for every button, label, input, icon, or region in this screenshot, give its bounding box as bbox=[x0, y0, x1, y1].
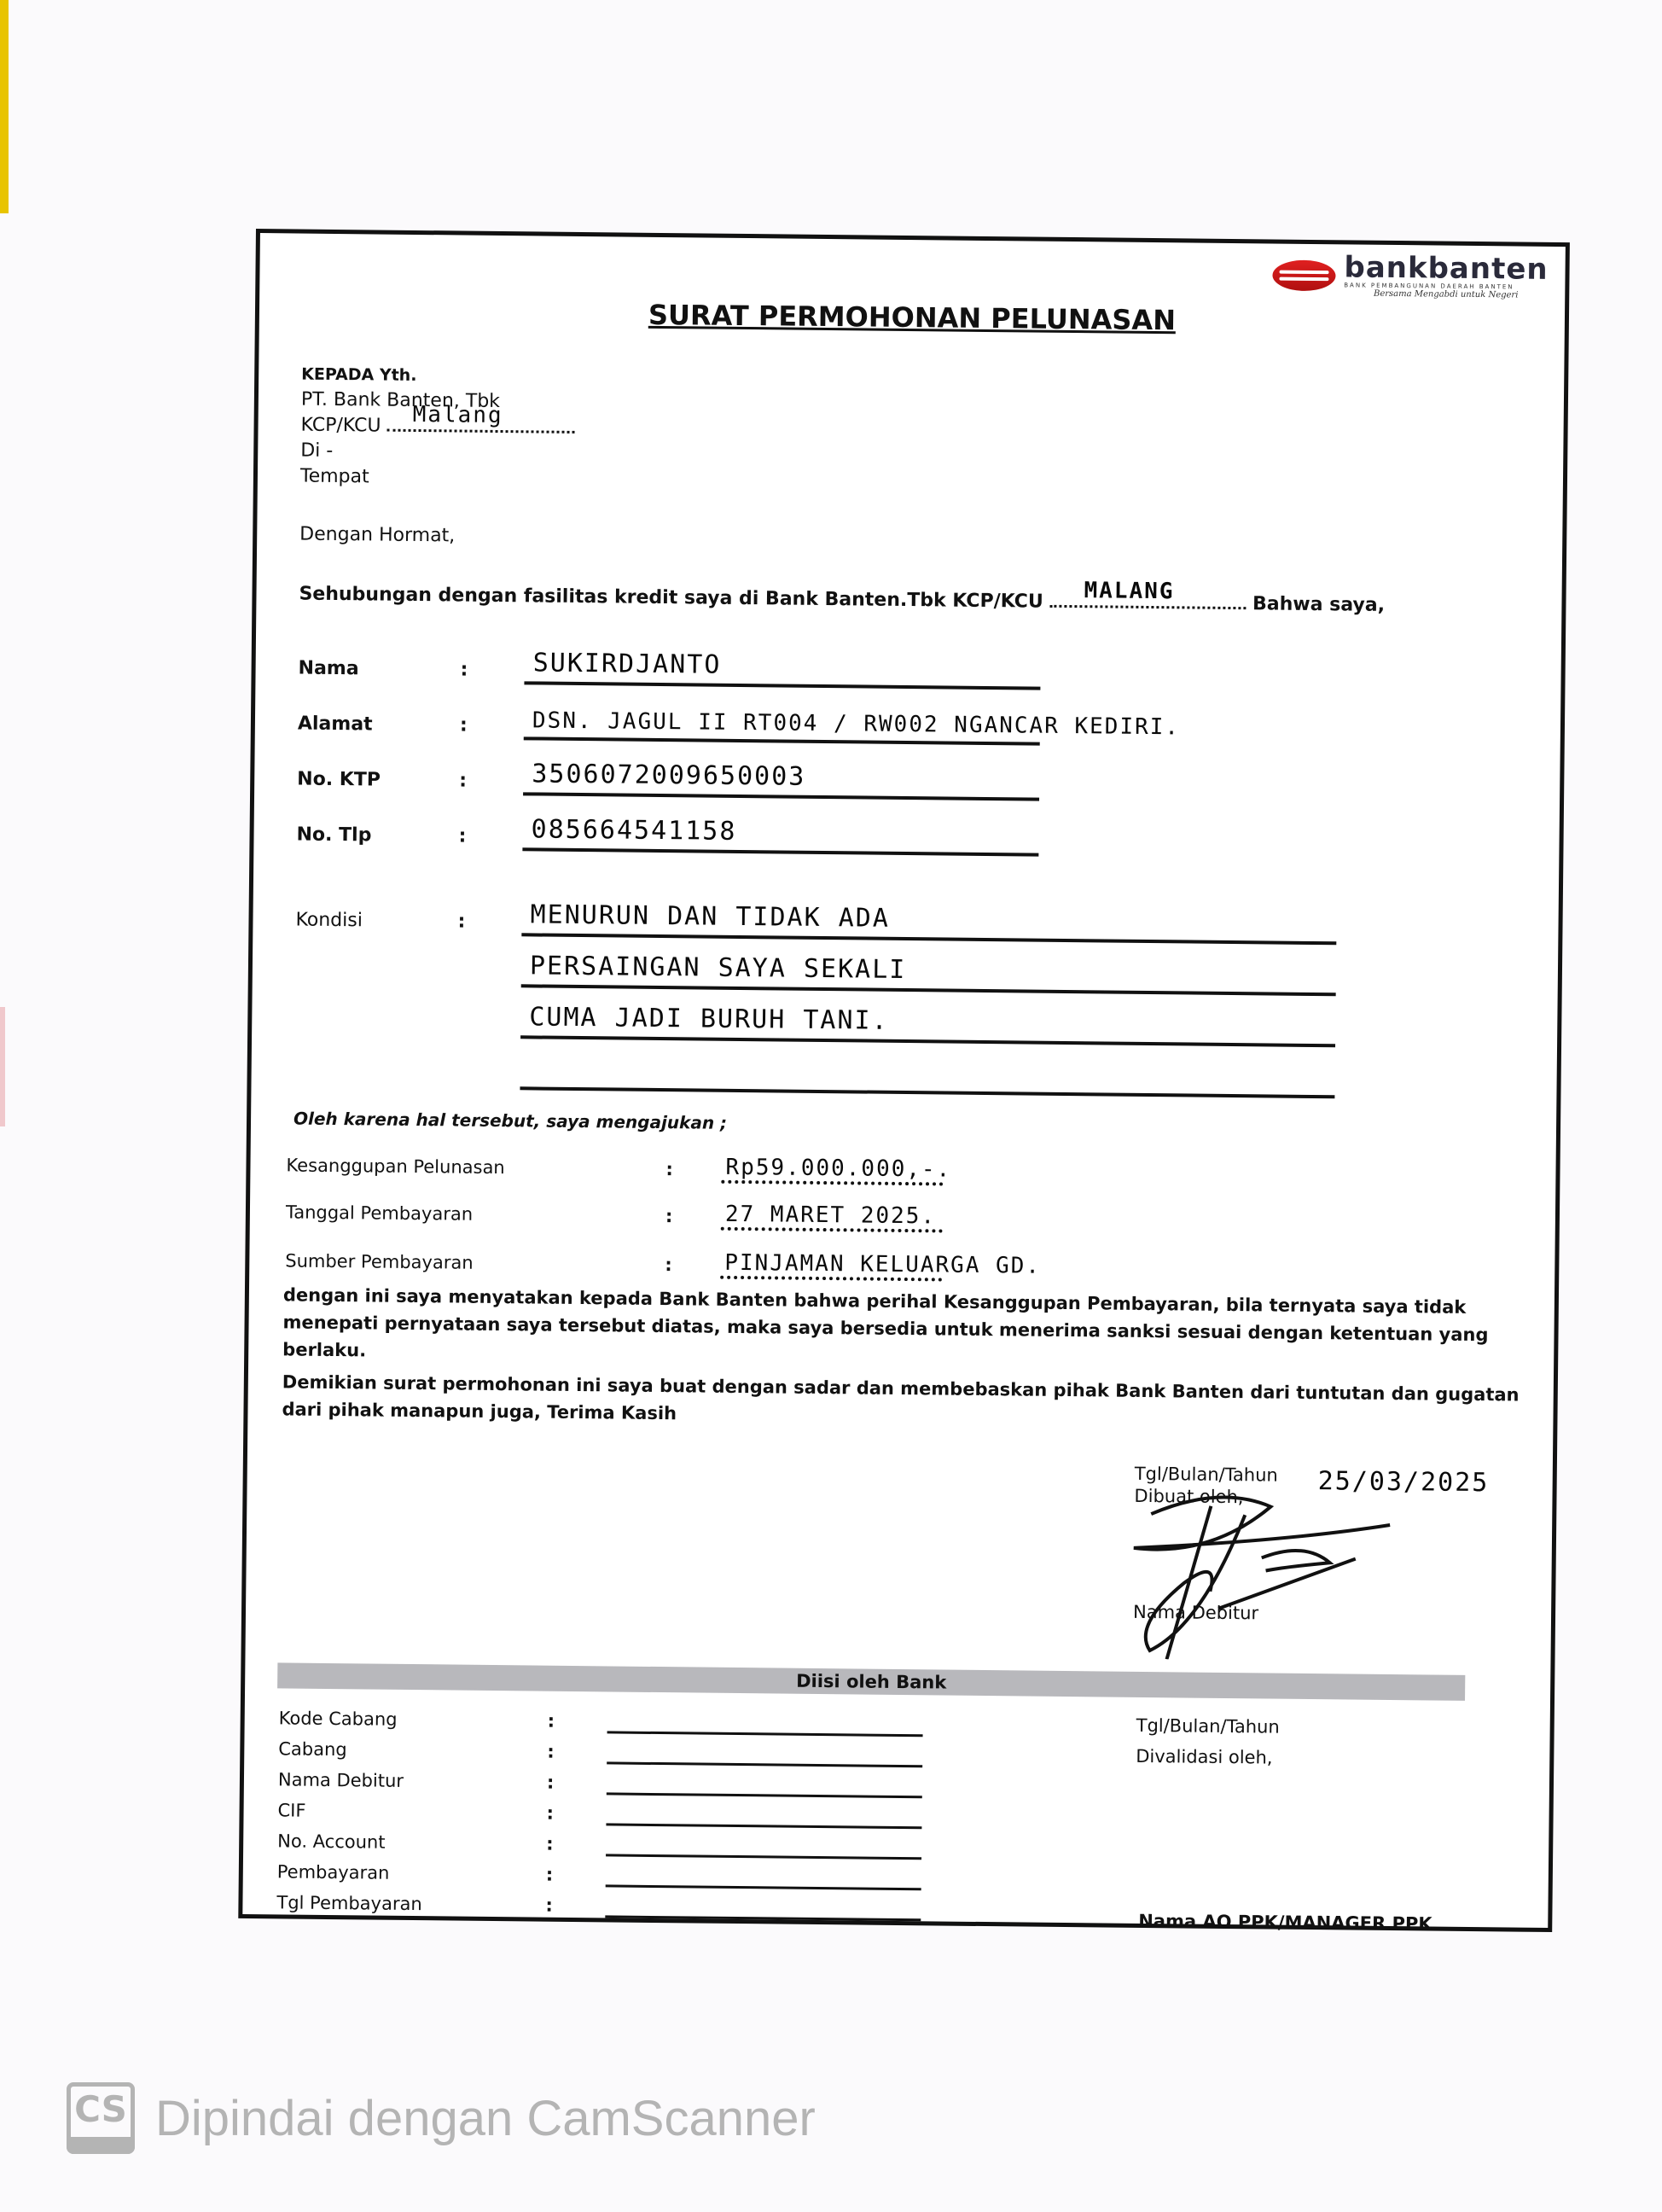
condition-value: PERSAINGAN SAYA SEKALI bbox=[530, 951, 907, 985]
addressee-block: KEPADA Yth. PT. Bank Banten, Tbk KCP/KCU… bbox=[300, 362, 576, 492]
form-sheet: bankbanten BANK PEMBANGUNAN DAERAH BANTE… bbox=[238, 229, 1570, 1932]
paper-edge-yellow bbox=[0, 0, 9, 213]
intro-branch-value: MALANG bbox=[1084, 578, 1174, 604]
addressee-branch-label: KCP/KCU bbox=[300, 415, 381, 437]
bank-logo-name: bankbanten bbox=[1344, 253, 1548, 284]
colon: : bbox=[665, 1159, 673, 1179]
condition-label: Kondisi bbox=[295, 910, 363, 932]
intro-paragraph: Sehubungan dengan fasilitas kredit saya … bbox=[299, 584, 1385, 616]
addressee-salutation: KEPADA Yth. bbox=[301, 362, 575, 390]
proposal-intro: Oleh karena hal tersebut, saya mengajuka… bbox=[293, 1109, 727, 1133]
debtor-field-label: Nama bbox=[298, 658, 358, 680]
payment-field-label: Sumber Pembayaran bbox=[285, 1250, 474, 1272]
payment-fields: Kesanggupan Pelunasan:Rp59.000.000,-.Tan… bbox=[260, 233, 1566, 247]
bank-field-label: Tgl Pembayaran bbox=[276, 1892, 422, 1914]
debtor-field-value: DSN. JAGUL II RT004 / RW002 NGANCAR KEDI… bbox=[532, 707, 1180, 740]
intro-text-end: Bahwa saya, bbox=[1252, 593, 1385, 616]
camscanner-icon-text: CS bbox=[74, 2088, 127, 2130]
colon: : bbox=[546, 1834, 554, 1854]
bank-field-label: CIF bbox=[277, 1800, 305, 1820]
debtor-field-row: Nama:SUKIRDJANTO bbox=[298, 635, 1544, 699]
colon: : bbox=[457, 911, 465, 933]
debtor-field-row: No. Tlp:085664541158 bbox=[296, 801, 1543, 865]
debtor-field-value: 085664541158 bbox=[531, 814, 736, 847]
debtor-field-label: No. Tlp bbox=[296, 824, 371, 847]
colon: : bbox=[458, 826, 466, 847]
bank-logo: bankbanten BANK PEMBANGUNAN DAERAH BANTE… bbox=[1272, 252, 1549, 300]
debtor-field-label: Alamat bbox=[298, 713, 373, 736]
colon: : bbox=[545, 1895, 553, 1916]
debtor-field-line[interactable] bbox=[523, 792, 1039, 800]
greeting: Dengan Hormat, bbox=[299, 524, 455, 547]
bank-field-row: Tgl Pembayaran: bbox=[276, 1885, 959, 1923]
condition-value: CUMA JADI BURUH TANI. bbox=[529, 1002, 889, 1035]
bank-logo-tagline: Bersama Mengabdi untuk Negeri bbox=[1344, 288, 1548, 300]
addressee-branch-field[interactable]: Malang bbox=[386, 429, 574, 434]
bank-date-label: Tgl/Bulan/Tahun bbox=[1136, 1710, 1280, 1743]
payment-field-value: Rp59.000.000,-. bbox=[725, 1155, 951, 1183]
colon: : bbox=[665, 1206, 673, 1226]
bank-validation-block: Tgl/Bulan/Tahun Divalidasi oleh, bbox=[1136, 1710, 1280, 1773]
statement-closing: Demikian surat permohonan ini saya buat … bbox=[282, 1368, 1520, 1435]
bank-field-input[interactable] bbox=[605, 1915, 921, 1921]
signature-date-label: Tgl/Bulan/Tahun bbox=[1135, 1463, 1278, 1487]
watermark-text: Dipindai dengan CamScanner bbox=[155, 2090, 816, 2147]
debtor-fields: Nama:SUKIRDJANTOAlamat:DSN. JAGUL II RT0… bbox=[260, 233, 1566, 247]
colon: : bbox=[459, 771, 467, 792]
debtor-field-line[interactable] bbox=[522, 847, 1038, 856]
debtor-field-line[interactable] bbox=[524, 736, 1040, 745]
condition-value: MENURUN DAN TIDAK ADA bbox=[530, 899, 890, 933]
condition-line[interactable] bbox=[520, 1086, 1334, 1098]
colon: : bbox=[548, 1711, 555, 1732]
bank-manager-label: Nama AO PPK/MANAGER PPK bbox=[1138, 1911, 1432, 1935]
bank-field-label: Nama Debitur bbox=[278, 1769, 404, 1791]
addressee-branch: KCP/KCU Malang bbox=[300, 413, 574, 441]
camscanner-watermark: CS Dipindai dengan CamScanner bbox=[67, 2082, 816, 2154]
intro-text: Sehubungan dengan fasilitas kredit saya … bbox=[299, 584, 1043, 613]
bank-field-label: Pembayaran bbox=[277, 1861, 390, 1883]
intro-branch-field[interactable]: MALANG bbox=[1049, 605, 1246, 609]
addressee-di: Di - bbox=[300, 439, 574, 467]
colon: : bbox=[460, 660, 468, 681]
colon: : bbox=[546, 1865, 554, 1885]
paper-edge-pink bbox=[0, 1007, 5, 1126]
bank-field-label: Cabang bbox=[278, 1738, 347, 1760]
colon: : bbox=[547, 1773, 555, 1793]
addressee-place: Tempat bbox=[300, 464, 574, 492]
debtor-field-row: Alamat:DSN. JAGUL II RT004 / RW002 NGANC… bbox=[298, 690, 1544, 754]
bank-validated-by: Divalidasi oleh, bbox=[1136, 1741, 1279, 1773]
camscanner-icon: CS bbox=[67, 2082, 135, 2154]
bank-logo-icon bbox=[1272, 259, 1335, 291]
bank-fields: Kode Cabang:Cabang:Nama Debitur:CIF:No. … bbox=[260, 233, 1566, 247]
debtor-field-line[interactable] bbox=[524, 681, 1040, 690]
colon: : bbox=[547, 1742, 555, 1762]
addressee-branch-value: Malang bbox=[413, 402, 503, 428]
bank-section-header: Diisi oleh Bank bbox=[277, 1662, 1465, 1701]
payment-field-value: PINJAMAN KELUARGA GD. bbox=[724, 1250, 1041, 1279]
payment-field-row: Kesanggupan Pelunasan:Rp59.000.000,-. bbox=[286, 1138, 1310, 1191]
bank-field-label: Kode Cabang bbox=[279, 1708, 398, 1729]
payment-field-label: Tanggal Pembayaran bbox=[286, 1202, 473, 1224]
colon: : bbox=[460, 715, 468, 736]
debtor-field-label: No. KTP bbox=[297, 769, 381, 791]
payment-field-row: Sumber Pembayaran:PINJAMAN KELUARGA GD. bbox=[285, 1233, 1309, 1287]
statement-sanction: dengan ini saya menyatakan kepada Bank B… bbox=[282, 1281, 1520, 1376]
payment-field-label: Kesanggupan Pelunasan bbox=[286, 1155, 504, 1178]
debtor-field-value: SUKIRDJANTO bbox=[533, 648, 722, 679]
colon: : bbox=[665, 1254, 672, 1275]
bank-field-label: No. Account bbox=[277, 1831, 386, 1852]
colon: : bbox=[546, 1803, 554, 1824]
payment-field-value: 27 MARET 2025. bbox=[725, 1202, 936, 1230]
condition-fields: Kondisi:MENURUN DAN TIDAK ADAPERSAINGAN … bbox=[260, 233, 1566, 247]
debtor-field-value: 3506072009650003 bbox=[532, 759, 805, 791]
debtor-signature bbox=[1116, 1488, 1399, 1662]
payment-field-row: Tanggal Pembayaran:27 MARET 2025. bbox=[286, 1185, 1310, 1238]
debtor-field-row: No. KTP:3506072009650003 bbox=[297, 746, 1543, 810]
document-title: SURAT PERMOHONAN PELUNASAN bbox=[259, 294, 1565, 341]
